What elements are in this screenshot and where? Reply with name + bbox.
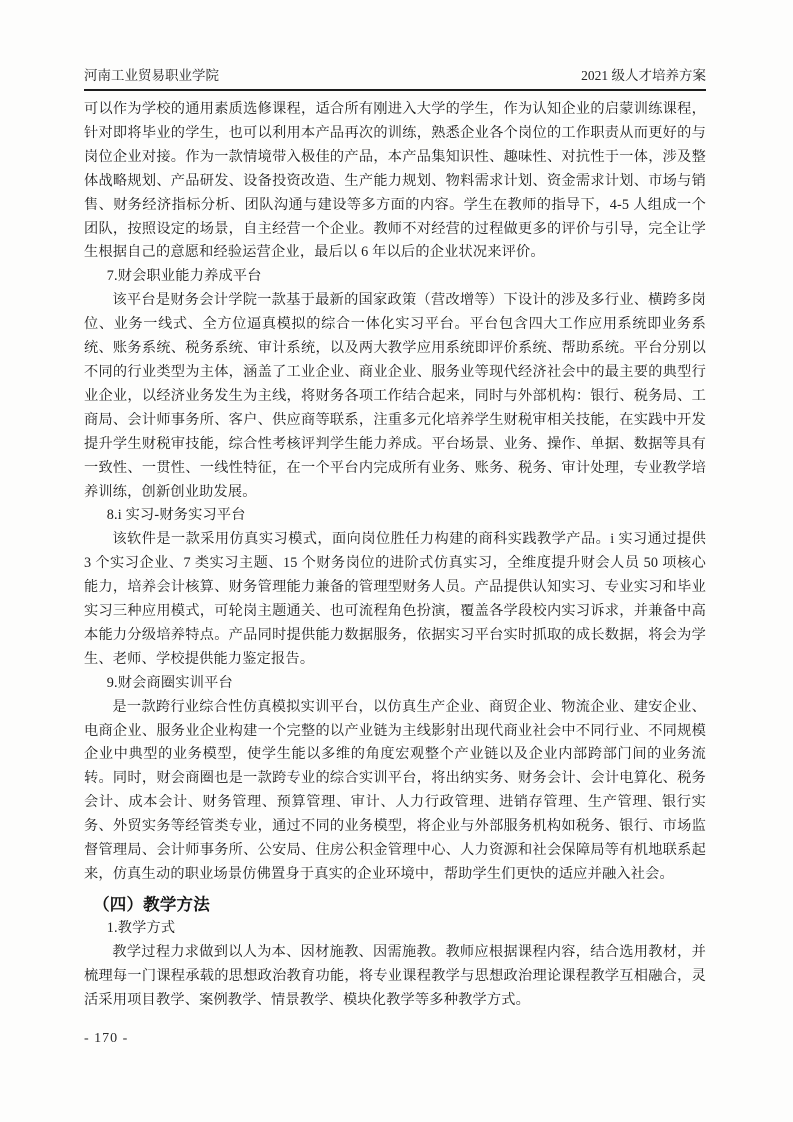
paragraph: 教学过程力求做到以人为本、因材施教、因需施教。教师应根据课程内容，结合选用教材，… bbox=[84, 941, 706, 1013]
numbered-heading: 7.财会职业能力养成平台 bbox=[84, 265, 706, 289]
header-doc-title: 2021 级人才培养方案 bbox=[581, 68, 706, 84]
section-heading: （四）教学方法 bbox=[84, 893, 706, 917]
paragraph: 是一款跨行业综合性仿真模拟实训平台，以仿真生产企业、商贸企业、物流企业、建安企业… bbox=[84, 696, 706, 887]
numbered-heading: 1.教学方式 bbox=[84, 917, 706, 941]
document-body: 可以作为学校的通用素质选修课程，适合所有刚进入大学的学生，作为认知企业的启蒙训练… bbox=[84, 98, 706, 1012]
paragraph: 可以作为学校的通用素质选修课程，适合所有刚进入大学的学生，作为认知企业的启蒙训练… bbox=[84, 98, 706, 265]
numbered-heading: 8.i 实习-财务实习平台 bbox=[84, 504, 706, 528]
header-school-name: 河南工业贸易职业学院 bbox=[84, 68, 219, 84]
paragraph: 该软件是一款采用仿真实习模式，面向岗位胜任力构建的商科实践教学产品。i 实习通过… bbox=[84, 528, 706, 671]
header-divider bbox=[84, 89, 706, 91]
page-header: 河南工业贸易职业学院 2021 级人才培养方案 bbox=[84, 68, 706, 84]
numbered-heading: 9.财会商圈实训平台 bbox=[84, 672, 706, 696]
paragraph: 该平台是财务会计学院一款基于最新的国家政策（营改增等）下设计的涉及多行业、横跨多… bbox=[84, 289, 706, 504]
document-page: 河南工业贸易职业学院 2021 级人才培养方案 可以作为学校的通用素质选修课程，… bbox=[0, 0, 793, 1122]
page-number: - 170 - bbox=[84, 1031, 128, 1047]
